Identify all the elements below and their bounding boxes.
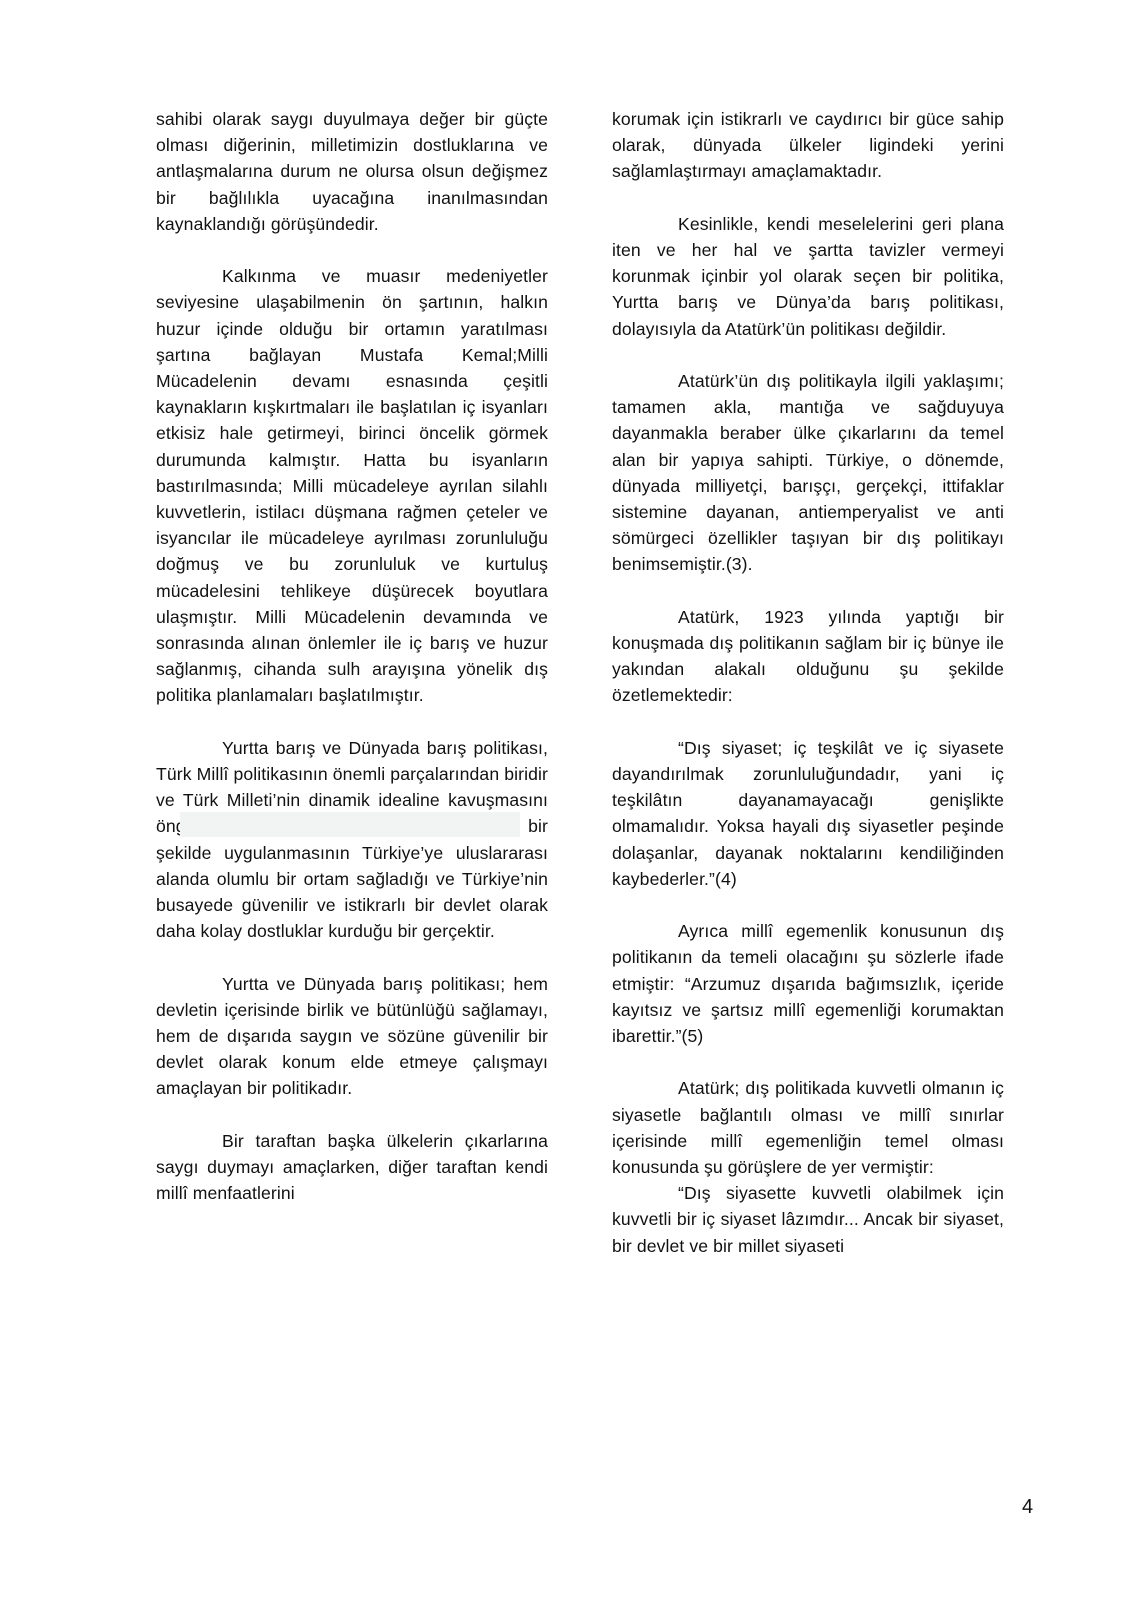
paragraph: Atatürk’ün dış politikayla ilgili yaklaş…	[612, 368, 1004, 578]
right-column: korumak için istikrarlı ve caydırıcı bir…	[612, 106, 1004, 1285]
paragraph: Atatürk; dış politikada kuvvetli olmanın…	[612, 1075, 1004, 1180]
paragraph: Kalkınma ve muasır medeniyetler seviyesi…	[156, 263, 548, 708]
quote-paragraph: “Dış siyasette kuvvetli olabilmek için k…	[612, 1180, 1004, 1259]
paragraph: korumak için istikrarlı ve caydırıcı bir…	[612, 106, 1004, 185]
paragraph: Atatürk, 1923 yılında yaptığı bir konuşm…	[612, 604, 1004, 709]
left-column: sahibi olarak saygı duyulmaya değer bir …	[156, 106, 548, 1233]
paragraph: sahibi olarak saygı duyulmaya değer bir …	[156, 106, 548, 237]
paragraph: Yurtta barış ve Dünyada barış politikası…	[156, 735, 548, 945]
quote-paragraph: “Dış siyaset; iç teşkilât ve iç siyasete…	[612, 735, 1004, 892]
paragraph: Bir taraftan başka ülkelerin çıkarlarına…	[156, 1128, 548, 1207]
highlight-placeholder-box	[180, 812, 520, 837]
page-number: 4	[1022, 1496, 1033, 1519]
paragraph: Ayrıca millî egemenlik konusunun dış pol…	[612, 918, 1004, 1049]
document-page: sahibi olarak saygı duyulmaya değer bir …	[0, 0, 1137, 1607]
paragraph: Yurtta ve Dünyada barış politikası; hem …	[156, 971, 548, 1102]
paragraph: Kesinlikle, kendi meselelerini geri plan…	[612, 211, 1004, 342]
